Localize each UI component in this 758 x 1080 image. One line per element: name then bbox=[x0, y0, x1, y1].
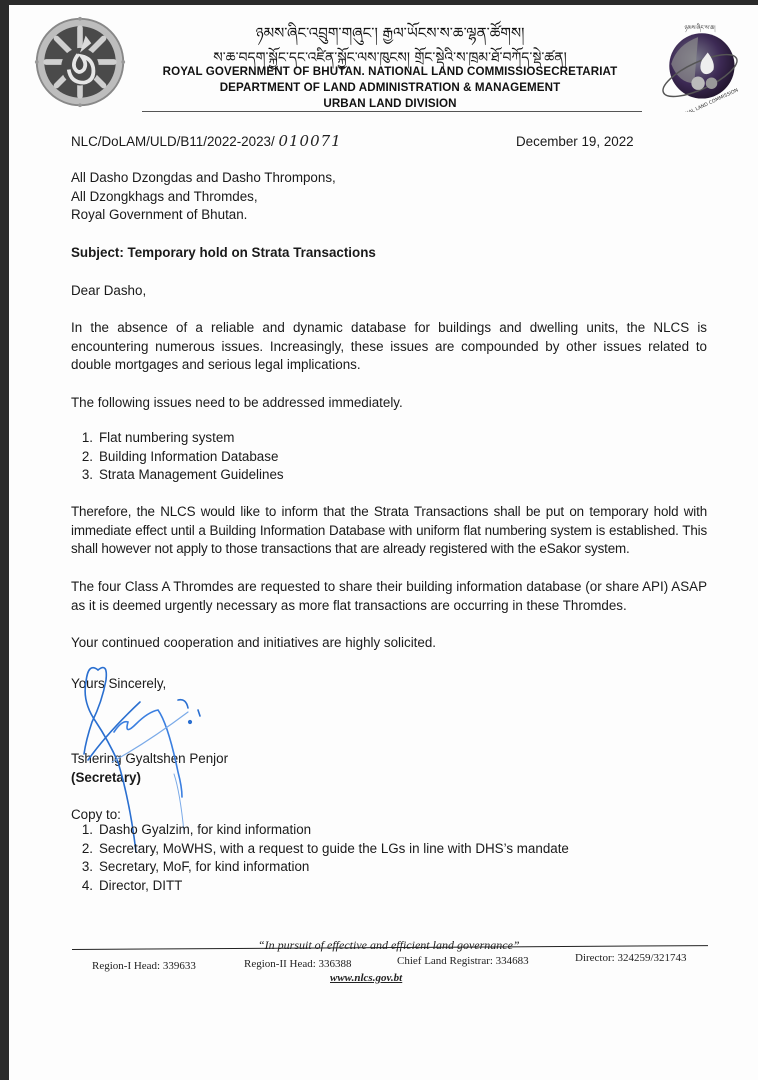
list-item: 1.Flat numbering system bbox=[73, 430, 284, 449]
recipient-line: All Dasho Dzongdas and Dasho Thrompons, bbox=[71, 169, 336, 188]
footer-contact-director: Director: 324259/321743 bbox=[575, 952, 687, 964]
issues-list: 1.Flat numbering system 2.Building Infor… bbox=[73, 430, 284, 486]
national-land-commission-seal-icon: ཉམས་ཞིང་ས་ཆ། NATIONAL LAND COMMISSION bbox=[650, 16, 750, 112]
list-item: 4.Director, DITT bbox=[73, 878, 569, 897]
recipient-line: Royal Government of Bhutan. bbox=[71, 206, 336, 225]
list-item: 3.Secretary, MoF, for kind information bbox=[73, 859, 569, 878]
recipients-block: All Dasho Dzongdas and Dasho Thrompons, … bbox=[71, 169, 336, 225]
list-item: 2.Building Information Database bbox=[73, 449, 284, 468]
svg-text:ཉམས་ཞིང་ས་ཆ།: ཉམས་ཞིང་ས་ཆ། bbox=[684, 22, 716, 32]
paragraph-3: Therefore, the NLCS would like to inform… bbox=[71, 503, 707, 559]
reference-number: NLC/DoLAM/ULD/B11/2022-2023/ 010071 bbox=[71, 132, 342, 152]
letterhead-line-3: URBAN LAND DIVISION bbox=[120, 97, 660, 110]
footer-contact-chief-registrar: Chief Land Registrar: 334683 bbox=[397, 955, 529, 967]
footer-website-link[interactable]: www.nlcs.gov.bt bbox=[330, 972, 402, 984]
paragraph-2: The following issues need to be addresse… bbox=[71, 394, 403, 413]
reference-code: NLC/DoLAM/ULD/B11/2022-2023/ bbox=[71, 134, 275, 149]
letterhead-line-2: DEPARTMENT OF LAND ADMINISTRATION & MANA… bbox=[120, 81, 660, 94]
letterhead-line-1: ROYAL GOVERNMENT OF BHUTAN. NATIONAL LAN… bbox=[120, 65, 660, 78]
salutation: Dear Dasho, bbox=[71, 282, 146, 301]
royal-emblem-icon bbox=[33, 14, 127, 110]
subject-line: Subject: Temporary hold on Strata Transa… bbox=[71, 244, 376, 263]
paragraph-1: In the absence of a reliable and dynamic… bbox=[71, 319, 707, 375]
recipient-line: All Dzongkhags and Thromdes, bbox=[71, 188, 336, 207]
paragraph-4: The four Class A Thromdes are requested … bbox=[71, 578, 707, 615]
letterhead-divider bbox=[142, 111, 642, 112]
handwritten-serial: 010071 bbox=[278, 132, 341, 150]
footer-contact-region-2: Region-II Head: 336388 bbox=[244, 958, 352, 970]
list-item: 1.Dasho Gyalzim, for kind information bbox=[73, 822, 569, 841]
list-item: 3.Strata Management Guidelines bbox=[73, 467, 284, 486]
letter-date: December 19, 2022 bbox=[516, 133, 634, 152]
paragraph-5: Your continued cooperation and initiativ… bbox=[71, 634, 436, 653]
copy-to-list: 1.Dasho Gyalzim, for kind information 2.… bbox=[73, 822, 569, 896]
footer-contact-region-1: Region-I Head: 339633 bbox=[92, 960, 196, 972]
list-item: 2.Secretary, MoWHS, with a request to gu… bbox=[73, 841, 569, 860]
